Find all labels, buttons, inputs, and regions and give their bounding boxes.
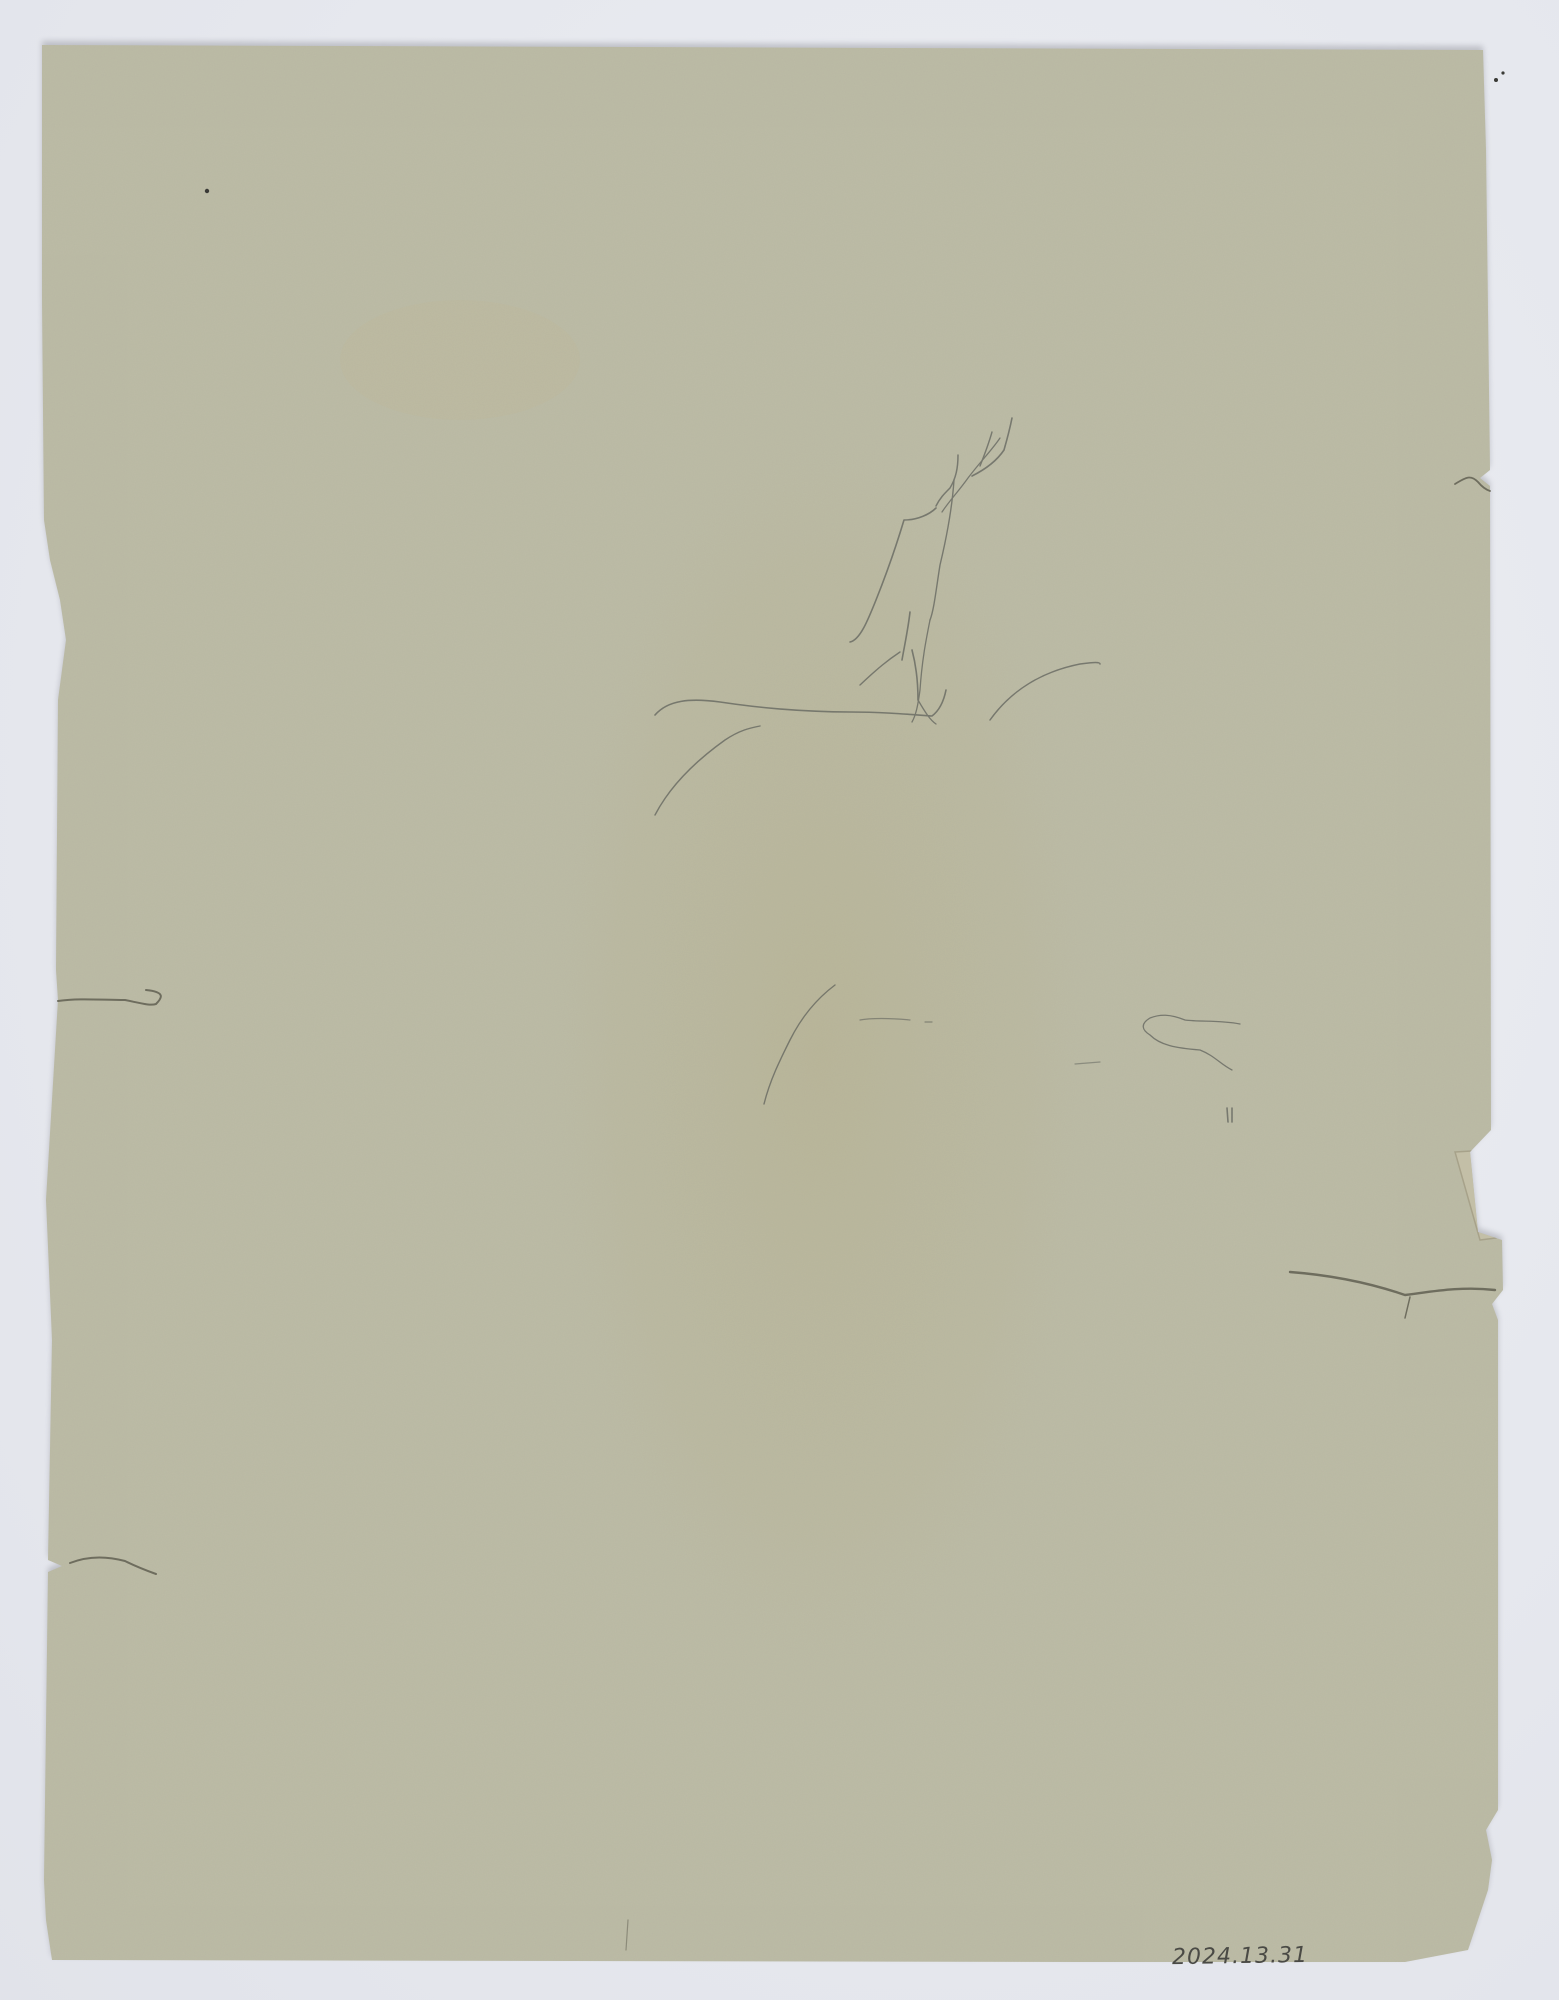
speck <box>1501 71 1504 74</box>
speck <box>1494 78 1498 82</box>
scan-background: 2024.13.31 <box>0 0 1559 2000</box>
inventory-number: 2024.13.31 <box>1172 1943 1308 1970</box>
paper-sheet <box>0 0 1559 2000</box>
speck <box>205 189 209 193</box>
